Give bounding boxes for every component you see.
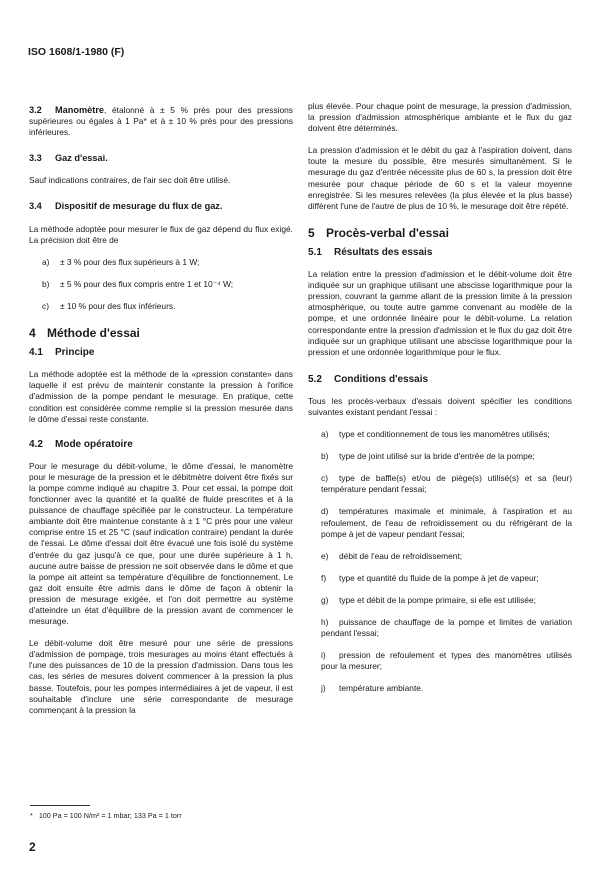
document-header: ISO 1608/1-1980 (F) xyxy=(28,47,124,58)
section-4-2-paragraph-1: Pour le mesurage du débit-volume, le dôm… xyxy=(29,461,293,627)
footnote: * 100 Pa = 100 N/m² = 1 mbar; 133 Pa = 1… xyxy=(30,810,182,821)
footnote-text: 100 Pa = 100 N/m² = 1 mbar; 133 Pa = 1 t… xyxy=(39,811,182,820)
list-item: h)puissance de chauffage de la pompe et … xyxy=(308,617,572,639)
list-item: f)type et quantité du fluide de la pompe… xyxy=(308,573,572,584)
continued-paragraph-1: plus élevée. Pour chaque point de mesura… xyxy=(308,101,572,134)
section-3-2-title: Manomètre xyxy=(55,105,104,115)
list-item: c)± 10 % pour des flux inférieurs. xyxy=(29,301,293,312)
right-column: plus élevée. Pour chaque point de mesura… xyxy=(308,101,572,694)
section-5-1-heading: 5.1Résultats des essais xyxy=(308,247,572,258)
section-3-2: 3.2Manomètre, étalonné à ± 5 % près pour… xyxy=(29,105,293,138)
list-item: g)type et débit de la pompe primaire, si… xyxy=(308,595,572,606)
section-4-2-paragraph-2: Le débit-volume doit être mesuré pour un… xyxy=(29,638,293,716)
section-5-heading: 5Procès-verbal d'essai xyxy=(308,228,572,239)
list-item: d)températures maximale et minimale, à l… xyxy=(308,506,572,539)
section-5-2-text: Tous les procès-verbaux d'essais doivent… xyxy=(308,396,572,418)
footnote-marker: * xyxy=(30,811,33,820)
section-4-2-heading: 4.2Mode opératoire xyxy=(29,439,293,450)
section-3-3-heading: 3.3Gaz d'essai. xyxy=(29,153,293,164)
section-4-1-heading: 4.1Principe xyxy=(29,347,293,358)
continued-paragraph-2: La pression d'admission et le débit du g… xyxy=(308,145,572,212)
list-item: c)type de baffle(s) et/ou de piège(s) ut… xyxy=(308,473,572,495)
section-5-1-text: La relation entre la pression d'admissio… xyxy=(308,269,572,358)
list-item: j)température ambiante. xyxy=(308,683,572,694)
section-3-3-text: Sauf indications contraires, de l'air se… xyxy=(29,175,293,186)
list-item: b)type de joint utilisé sur la bride d'e… xyxy=(308,451,572,462)
list-item: a)type et conditionnement de tous les ma… xyxy=(308,429,572,440)
list-item: a)± 3 % pour des flux supérieurs à 1 W; xyxy=(29,257,293,268)
section-4-1-text: La méthode adoptée est la méthode de la … xyxy=(29,369,293,424)
list-item: i)pression de refoulement et types des m… xyxy=(308,650,572,672)
list-item: e)débit de l'eau de refroidissement; xyxy=(308,551,572,562)
page-number: 2 xyxy=(29,842,36,853)
section-3-4-heading: 3.4Dispositif de mesurage du flux de gaz… xyxy=(29,201,293,212)
section-5-2-heading: 5.2Conditions d'essais xyxy=(308,374,572,385)
section-3-4-text: La méthode adoptée pour mesurer le flux … xyxy=(29,224,293,246)
left-column: 3.2Manomètre, étalonné à ± 5 % près pour… xyxy=(29,105,293,716)
list-item: b)± 5 % pour des flux compris entre 1 et… xyxy=(29,279,293,290)
footnote-divider xyxy=(30,805,90,806)
section-4-heading: 4Méthode d'essai xyxy=(29,328,293,339)
